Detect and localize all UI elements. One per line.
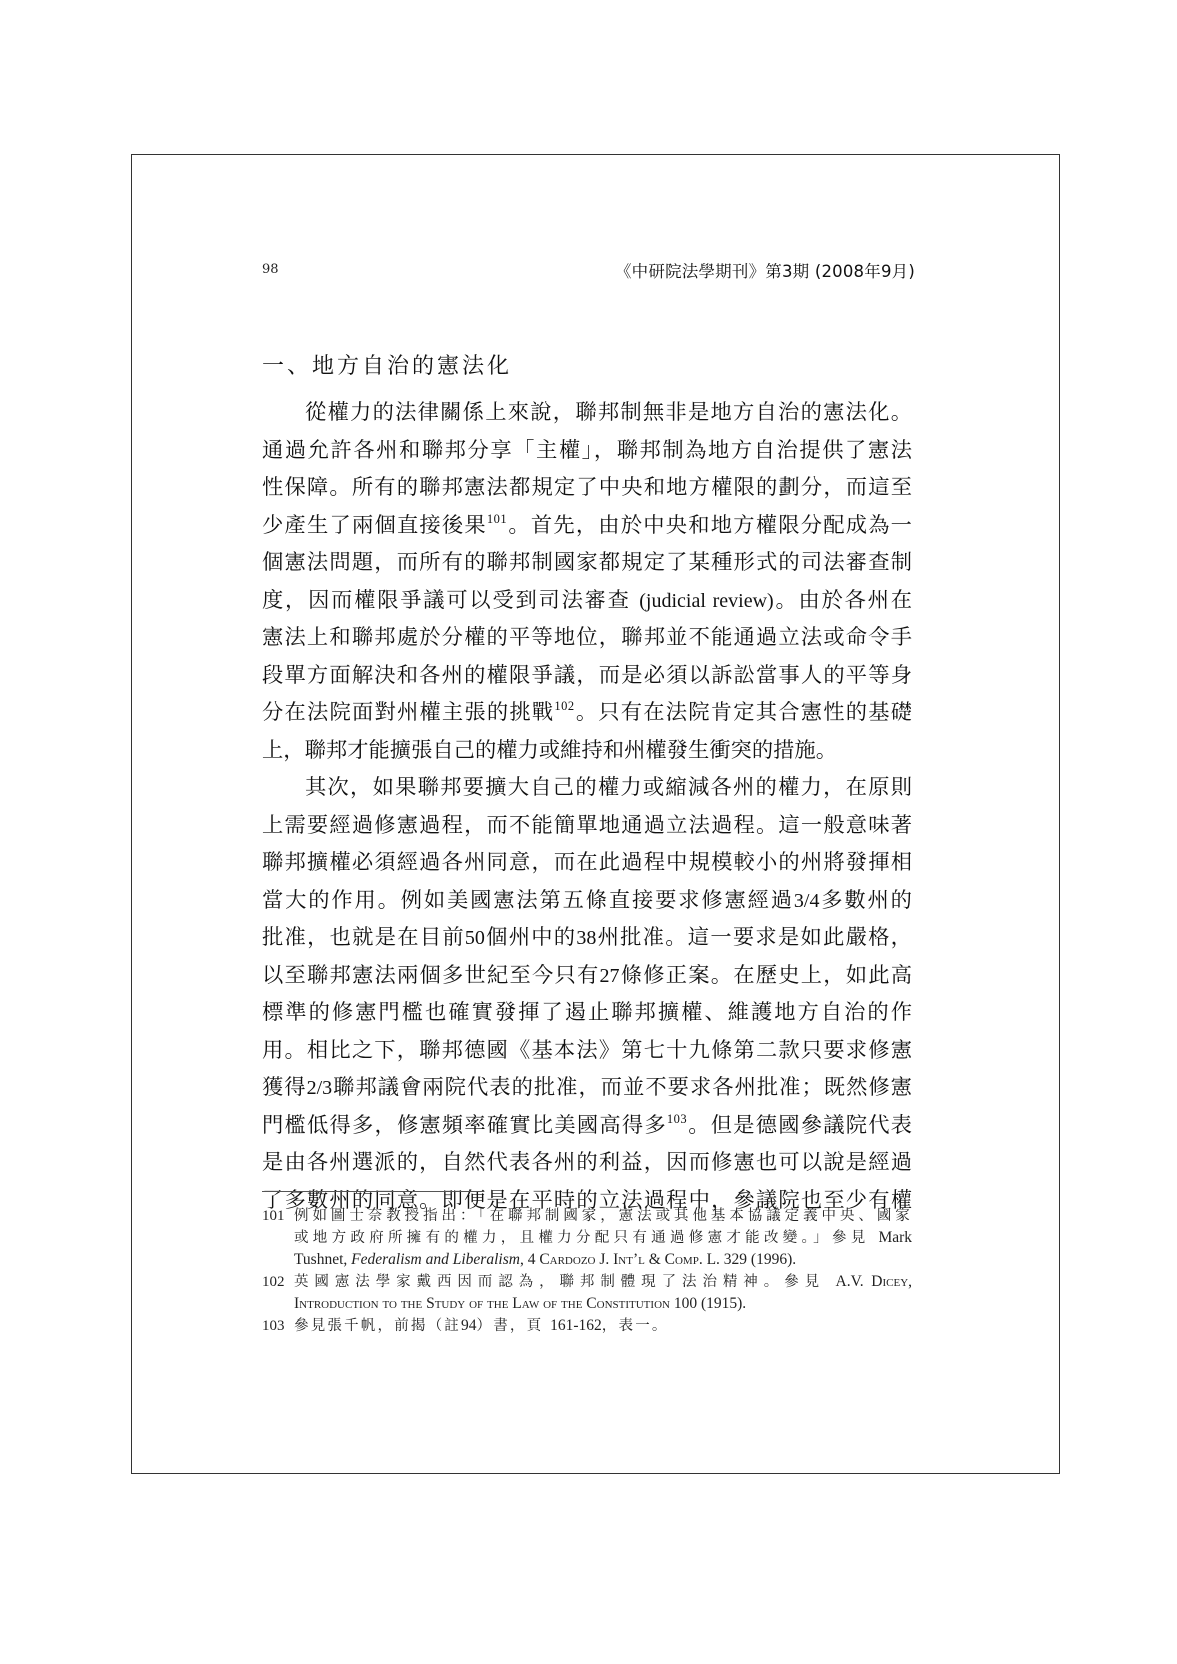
body-line: 性保障。所有的聯邦憲法都規定了中央和地方權限的劃分，而這至: [262, 469, 912, 507]
footnote-line: Introduction to the Study of the Law of …: [294, 1293, 912, 1315]
footnote-number: 101: [262, 1205, 294, 1271]
body-line: 通過允許各州和聯邦分享「主權」，聯邦制為地方自治提供了憲法: [262, 432, 912, 470]
body-line: 用。相比之下，聯邦德國《基本法》第七十九條第二款只要求修憲: [262, 1032, 912, 1070]
footnote-ref-103[interactable]: 103: [667, 1112, 687, 1126]
body-line: 聯邦擴權必須經過各州同意，而在此過程中規模較小的州將發揮相: [262, 844, 912, 882]
footnote-ref-101[interactable]: 101: [487, 512, 507, 526]
body-line: 少產生了兩個直接後果101。首先，由於中央和地方權限分配成為一: [262, 507, 912, 545]
footnotes: 101 例如圖士奈教授指出：「在聯邦制國家，憲法或其他基本協議定義中央、國家 或…: [262, 1205, 912, 1337]
cited-journal: Cardozo J. Int’l & Comp.: [539, 1251, 702, 1268]
footnote-102: 102 英國憲法學家戴西因而認為，聯邦制體現了法治精神。參見 A.V. Dice…: [262, 1271, 912, 1315]
footnote-line: Tushnet, Federalism and Liberalism, 4 Ca…: [294, 1249, 912, 1271]
body-line: 門檻低得多，修憲頻率確實比美國高得多103。但是德國參議院代表: [262, 1107, 912, 1145]
cited-title: Introduction to the Study of the Law of …: [294, 1295, 670, 1312]
body-line: 上需要經過修憲過程，而不能簡單地通過立法過程。這一般意味著: [262, 807, 912, 845]
body-line: 從權力的法律關係上來說，聯邦制無非是地方自治的憲法化。: [262, 394, 912, 432]
body-text: 從權力的法律關係上來說，聯邦制無非是地方自治的憲法化。 通過允許各州和聯邦分享「…: [262, 394, 912, 1219]
body-line: 分在法院面對州權主張的挑戰102。只有在法院肯定其合憲性的基礎: [262, 694, 912, 732]
body-line: 獲得2/3聯邦議會兩院代表的批准，而並不要求各州批准；既然修憲: [262, 1069, 912, 1107]
footnote-line: 例如圖士奈教授指出：「在聯邦制國家，憲法或其他基本協議定義中央、國家: [294, 1205, 912, 1227]
footnote-line: 或地方政府所擁有的權力，且權力分配只有通過修憲才能改變。」參見 Mark: [294, 1227, 912, 1249]
body-line: 段單方面解決和各州的權限爭議，而是必須以訴訟當事人的平等身: [262, 657, 912, 695]
body-line: 上，聯邦才能擴張自己的權力或維持和州權發生衝突的措施。: [262, 732, 912, 770]
footnote-number: 103: [262, 1315, 294, 1337]
body-line: 批准，也就是在目前50個州中的38州批准。這一要求是如此嚴格，: [262, 919, 912, 957]
footnote-ref-102[interactable]: 102: [554, 699, 574, 713]
body-line: 是由各州選派的，自然代表各州的利益，因而修憲也可以說是經過: [262, 1144, 912, 1182]
body-line: 以至聯邦憲法兩個多世紀至今只有27條修正案。在歷史上，如此高: [262, 957, 912, 995]
footnote-101: 101 例如圖士奈教授指出：「在聯邦制國家，憲法或其他基本協議定義中央、國家 或…: [262, 1205, 912, 1271]
running-head: 《中研院法學期刊》第3期 (2008年9月): [615, 258, 915, 282]
footnote-number: 102: [262, 1271, 294, 1315]
footnote-103: 103 參見張千帆，前揭（註94）書，頁 161-162，表一。: [262, 1315, 912, 1337]
body-line: 個憲法問題，而所有的聯邦制國家都規定了某種形式的司法審查制: [262, 544, 912, 582]
footnote-divider: [262, 1191, 484, 1192]
body-line: 當大的作用。例如美國憲法第五條直接要求修憲經過3/4多數州的: [262, 882, 912, 920]
body-line: 標準的修憲門檻也確實發揮了遏止聯邦擴權、維護地方自治的作: [262, 994, 912, 1032]
cited-title: Federalism and Liberalism: [351, 1251, 520, 1268]
footnote-line: 參見張千帆，前揭（註94）書，頁 161-162，表一。: [294, 1315, 912, 1337]
footnote-line: 英國憲法學家戴西因而認為，聯邦制體現了法治精神。參見 A.V. Dicey,: [294, 1271, 912, 1293]
page-number: 98: [262, 262, 279, 277]
body-line: 其次，如果聯邦要擴大自己的權力或縮減各州的權力，在原則: [262, 769, 912, 807]
section-title: 一、地方自治的憲法化: [262, 349, 512, 380]
body-line: 憲法上和聯邦處於分權的平等地位，聯邦並不能通過立法或命令手: [262, 619, 912, 657]
body-line: 度，因而權限爭議可以受到司法審查 (judicial review)。由於各州在: [262, 582, 912, 620]
